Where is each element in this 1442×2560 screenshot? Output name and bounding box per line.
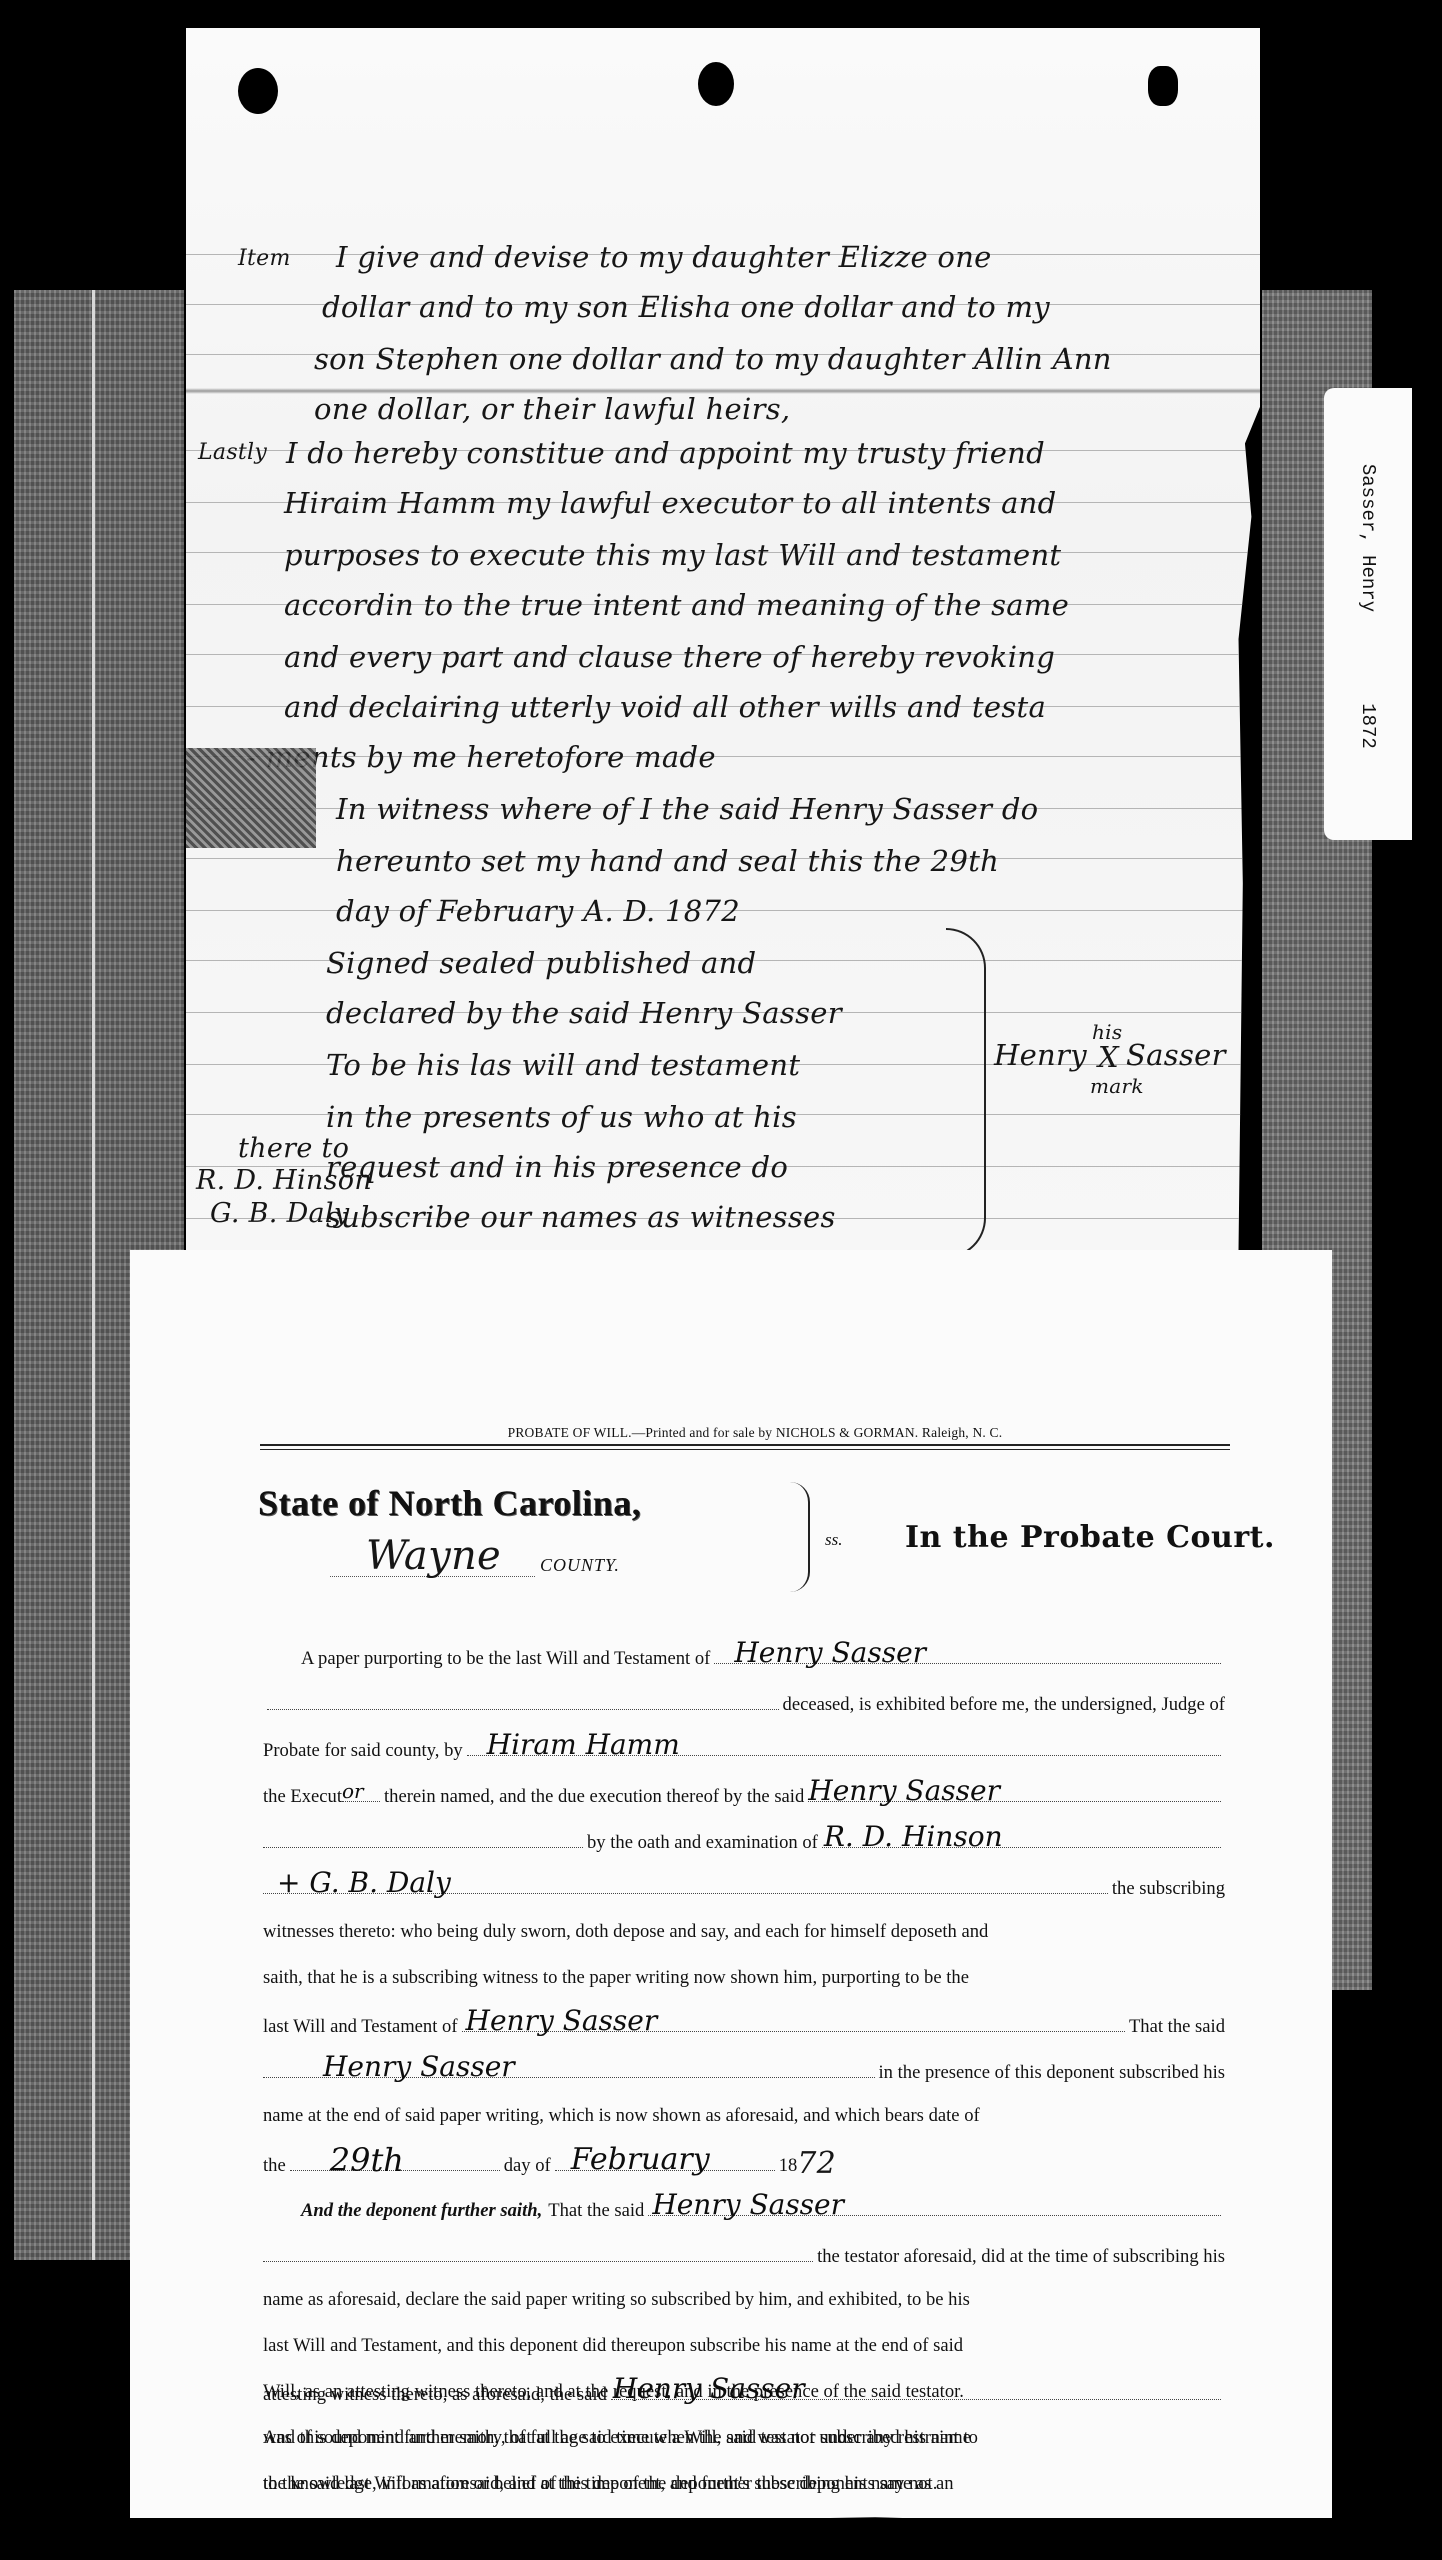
form-line: + G. B. Daly the subscribing	[263, 1874, 1225, 1901]
form-line: last Will and Testament of Henry Sasser …	[263, 2012, 1225, 2039]
will-line: subscribe our names as witnesses	[326, 1200, 836, 1234]
folder-tab-name: Sasser, Henry	[1357, 464, 1379, 612]
form-line: And the deponent further saith, That the…	[263, 2196, 1225, 2223]
will-line: - ments by me heretofore made	[246, 740, 716, 774]
testator-name-field: Henry Sasser	[808, 1782, 1221, 1802]
form-line: saith, that he is a subscribing witness …	[263, 1966, 1225, 1990]
signature-brace	[946, 928, 986, 1258]
signature-mark-label: mark	[1090, 1074, 1144, 1098]
will-line: one dollar, or their lawful heirs,	[314, 392, 790, 426]
printer-imprint: PROBATE OF WILL.—Printed and for sale by…	[405, 1425, 1105, 1441]
signature-first-name: Henry	[994, 1038, 1087, 1072]
form-text: the	[263, 2154, 286, 2178]
form-text: That the said	[548, 2199, 644, 2223]
witness-signature: R. D. Hinson	[196, 1165, 372, 1196]
signature-last-name: Sasser	[1126, 1038, 1226, 1072]
handwritten-entry: February	[571, 2148, 710, 2172]
decedent-name-field: Henry Sasser	[714, 1644, 1221, 1664]
form-line: the 29th day of February 18 72	[263, 2150, 1225, 2178]
handwritten-entry: R. D. Hinson	[824, 1825, 1003, 1849]
form-line: Probate for said county, by Hiram Hamm	[263, 1736, 1225, 1763]
testator-signature: Henry his X Sasser mark	[994, 1038, 1087, 1072]
testator-name-field: Henry Sasser	[611, 2380, 1221, 2400]
form-text: in the presence of this deponent subscri…	[879, 2061, 1225, 2085]
form-line: the knowledge, information or belief of …	[263, 2472, 1225, 2496]
blank-field	[263, 1828, 583, 1848]
form-text: name as aforesaid, declare the said pape…	[263, 2288, 970, 2312]
will-line: there to	[238, 1133, 349, 1164]
handwritten-entry: Henry Sasser	[808, 1779, 1000, 1803]
form-line: was of sound mind and memory, of full ag…	[263, 2426, 1225, 2450]
testator-name-field: Henry Sasser	[462, 2012, 1125, 2032]
handwritten-entry: 29th	[330, 2148, 404, 2172]
will-line: accordin to the true intent and meaning …	[284, 588, 1069, 622]
will-line: and declairing utterly void all other wi…	[284, 690, 1046, 724]
will-line: purposes to execute this my last Will an…	[284, 538, 1061, 572]
form-line: attesting witness thereto, as aforesaid,…	[263, 2380, 1225, 2407]
will-line: and every part and clause there of hereb…	[284, 640, 1055, 674]
handwritten-entry: Henry Sasser	[613, 2377, 805, 2401]
form-text: witnesses thereto: who being duly sworn,…	[263, 1920, 988, 1944]
form-line: last Will and Testament, and this depone…	[263, 2334, 1225, 2358]
executor-name-field: Hiram Hamm	[467, 1736, 1221, 1756]
form-line: A paper purporting to be the last Will a…	[263, 1644, 1225, 1671]
form-text: saith, that he is a subscribing witness …	[263, 1966, 969, 1990]
will-line: day of February A. D. 1872	[336, 894, 740, 928]
form-line: the Execut or therein named, and the due…	[263, 1782, 1225, 1809]
will-line: declared by the said Henry Sasser	[326, 996, 842, 1030]
executor-suffix-field: or	[342, 1782, 380, 1802]
will-line: I give and devise to my daughter Elizze …	[336, 240, 992, 274]
form-line: name at the end of said paper writing, w…	[263, 2104, 1225, 2128]
form-text: Probate for said county, by	[263, 1739, 463, 1763]
form-text: name at the end of said paper writing, w…	[263, 2104, 980, 2128]
form-text: the testator aforesaid, did at the time …	[817, 2245, 1225, 2269]
margin-note-item: Item	[238, 246, 291, 271]
folder-tab-year: 1872	[1357, 703, 1379, 749]
form-line: Henry Sasser in the presence of this dep…	[263, 2058, 1225, 2085]
form-text: last Will and Testament of	[263, 2015, 458, 2039]
court-title: In the Probate Court.	[905, 1520, 1275, 1555]
handwritten-entry: + G. B. Daly	[277, 1871, 451, 1895]
will-line: in the presents of us who at his	[326, 1100, 797, 1134]
header-double-rule	[260, 1444, 1230, 1450]
testator-name-field: Henry Sasser	[648, 2196, 1221, 2216]
witness-name-field: R. D. Hinson	[822, 1828, 1221, 1848]
blank-field	[267, 1690, 779, 1710]
form-line: witnesses thereto: who being duly sworn,…	[263, 1920, 1225, 1944]
margin-note-lastly: Lastly	[198, 440, 267, 465]
form-text: last Will and Testament, and this depone…	[263, 2334, 963, 2358]
handwritten-entry: Henry Sasser	[323, 2055, 515, 2079]
county-value: Wayne	[366, 1533, 501, 1579]
will-line: In witness where of I the said Henry Sas…	[336, 792, 1038, 826]
handwritten-will-page: Item I give and devise to my daughter El…	[186, 28, 1260, 1250]
form-text: by the oath and examination of	[587, 1831, 818, 1855]
handwritten-entry: or	[342, 1779, 364, 1803]
handwritten-entry: Henry Sasser	[466, 2009, 658, 2033]
form-text: the knowledge, information or belief of …	[263, 2472, 937, 2496]
scan-bottom-edge	[130, 2518, 1332, 2560]
punch-hole-icon	[238, 68, 278, 114]
county-field: Wayne	[330, 1535, 535, 1577]
form-text: A paper purporting to be the last Will a…	[301, 1647, 710, 1671]
county-label: COUNTY.	[540, 1555, 620, 1576]
handwritten-entry: Henry Sasser	[734, 1641, 926, 1665]
form-text: And the deponent further saith,	[301, 2199, 542, 2223]
form-text: That the said	[1129, 2015, 1225, 2039]
witness-name-field: + G. B. Daly	[263, 1874, 1108, 1894]
punch-hole-icon	[1148, 66, 1178, 106]
will-line: request and in his presence do	[326, 1150, 788, 1184]
will-line: dollar and to my son Elisha one dollar a…	[322, 290, 1050, 324]
form-text: deceased, is exhibited before me, the un…	[783, 1693, 1225, 1717]
handwritten-year: 72	[797, 2152, 836, 2176]
handwritten-entry: Hiram Hamm	[487, 1733, 680, 1757]
form-line: deceased, is exhibited before me, the un…	[263, 1690, 1225, 1717]
form-text: day of	[504, 2154, 551, 2178]
form-line: name as aforesaid, declare the said pape…	[263, 2288, 1225, 2312]
will-line: Signed sealed published and	[326, 946, 756, 980]
form-text: therein named, and the due execution the…	[384, 1785, 804, 1809]
form-text: the subscribing	[1112, 1877, 1225, 1901]
will-line: Hiraim Hamm my lawful executor to all in…	[284, 486, 1057, 520]
will-line: To be his las will and testament	[326, 1048, 800, 1082]
folder-edge-line	[92, 290, 95, 2260]
form-text: was of sound mind and memory, of full ag…	[263, 2426, 978, 2450]
testator-name-field: Henry Sasser	[263, 2058, 875, 2078]
blank-field	[263, 2242, 813, 2262]
form-line: the testator aforesaid, did at the time …	[263, 2242, 1225, 2269]
signature-mark-x: X	[1098, 1040, 1119, 1074]
form-text: 18	[779, 2154, 798, 2178]
month-field: February	[555, 2151, 775, 2171]
probate-of-will-form: PROBATE OF WILL.—Printed and for sale by…	[130, 1250, 1332, 2530]
form-text: the Execut	[263, 1785, 342, 1809]
folder-index-tab: Sasser, Henry 1872	[1324, 388, 1412, 840]
state-title: State of North Carolina,	[258, 1482, 641, 1524]
scan-smudge	[186, 748, 316, 848]
ss-brace	[790, 1482, 810, 1592]
witness-signature: G. B. Daly	[210, 1198, 349, 1229]
day-field: 29th	[290, 2151, 500, 2171]
form-text: attesting witness thereto, as aforesaid,…	[263, 2383, 607, 2407]
handwritten-entry: Henry Sasser	[652, 2193, 844, 2217]
will-line: son Stephen one dollar and to my daughte…	[314, 342, 1112, 376]
will-line: hereunto set my hand and seal this the 2…	[336, 844, 999, 878]
ss-label: ss.	[825, 1530, 842, 1550]
form-line: by the oath and examination of R. D. Hin…	[263, 1828, 1225, 1855]
punch-hole-icon	[698, 62, 734, 106]
will-line: I do hereby constitue and appoint my tru…	[286, 436, 1045, 470]
